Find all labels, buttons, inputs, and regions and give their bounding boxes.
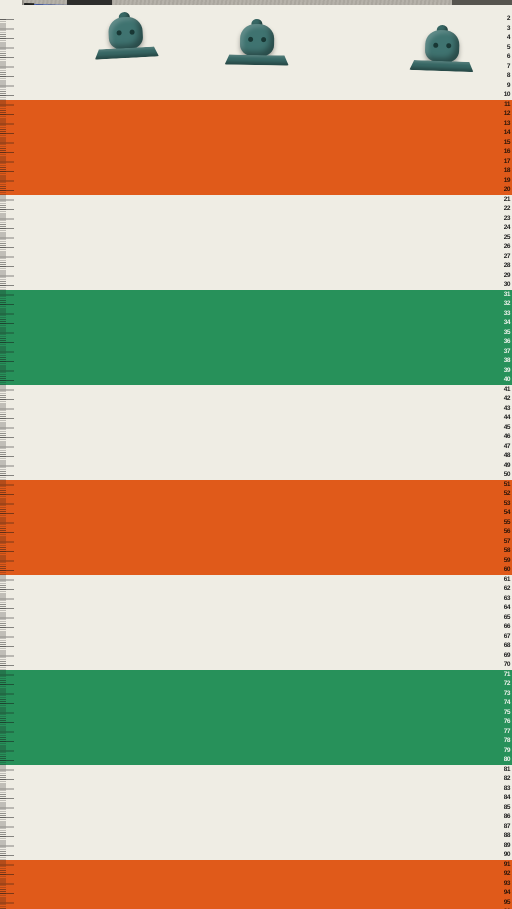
photo-stage: 2345678910111213141516171819202122232425… <box>0 0 512 909</box>
clip-layer <box>0 0 512 120</box>
clip-eye-right <box>446 43 451 48</box>
clip-base-bar <box>225 54 289 65</box>
clip-base-bar <box>409 60 473 72</box>
ruler-tick-marks <box>0 0 512 909</box>
vertical-ruler: 2345678910111213141516171819202122232425… <box>0 0 22 895</box>
bulldog-clip-1 <box>93 15 159 64</box>
clip-knob <box>425 29 460 62</box>
clip-eye-right <box>261 37 266 42</box>
clip-knob <box>240 24 275 57</box>
clip-base-bar <box>94 46 158 59</box>
clip-eye-left <box>248 37 253 42</box>
bulldog-clip-2 <box>225 23 290 70</box>
clip-eye-left <box>433 43 438 48</box>
bulldog-clip-3 <box>409 29 475 77</box>
clip-knob <box>108 16 144 50</box>
clip-eye-right <box>129 30 134 35</box>
clip-eye-left <box>116 30 121 35</box>
